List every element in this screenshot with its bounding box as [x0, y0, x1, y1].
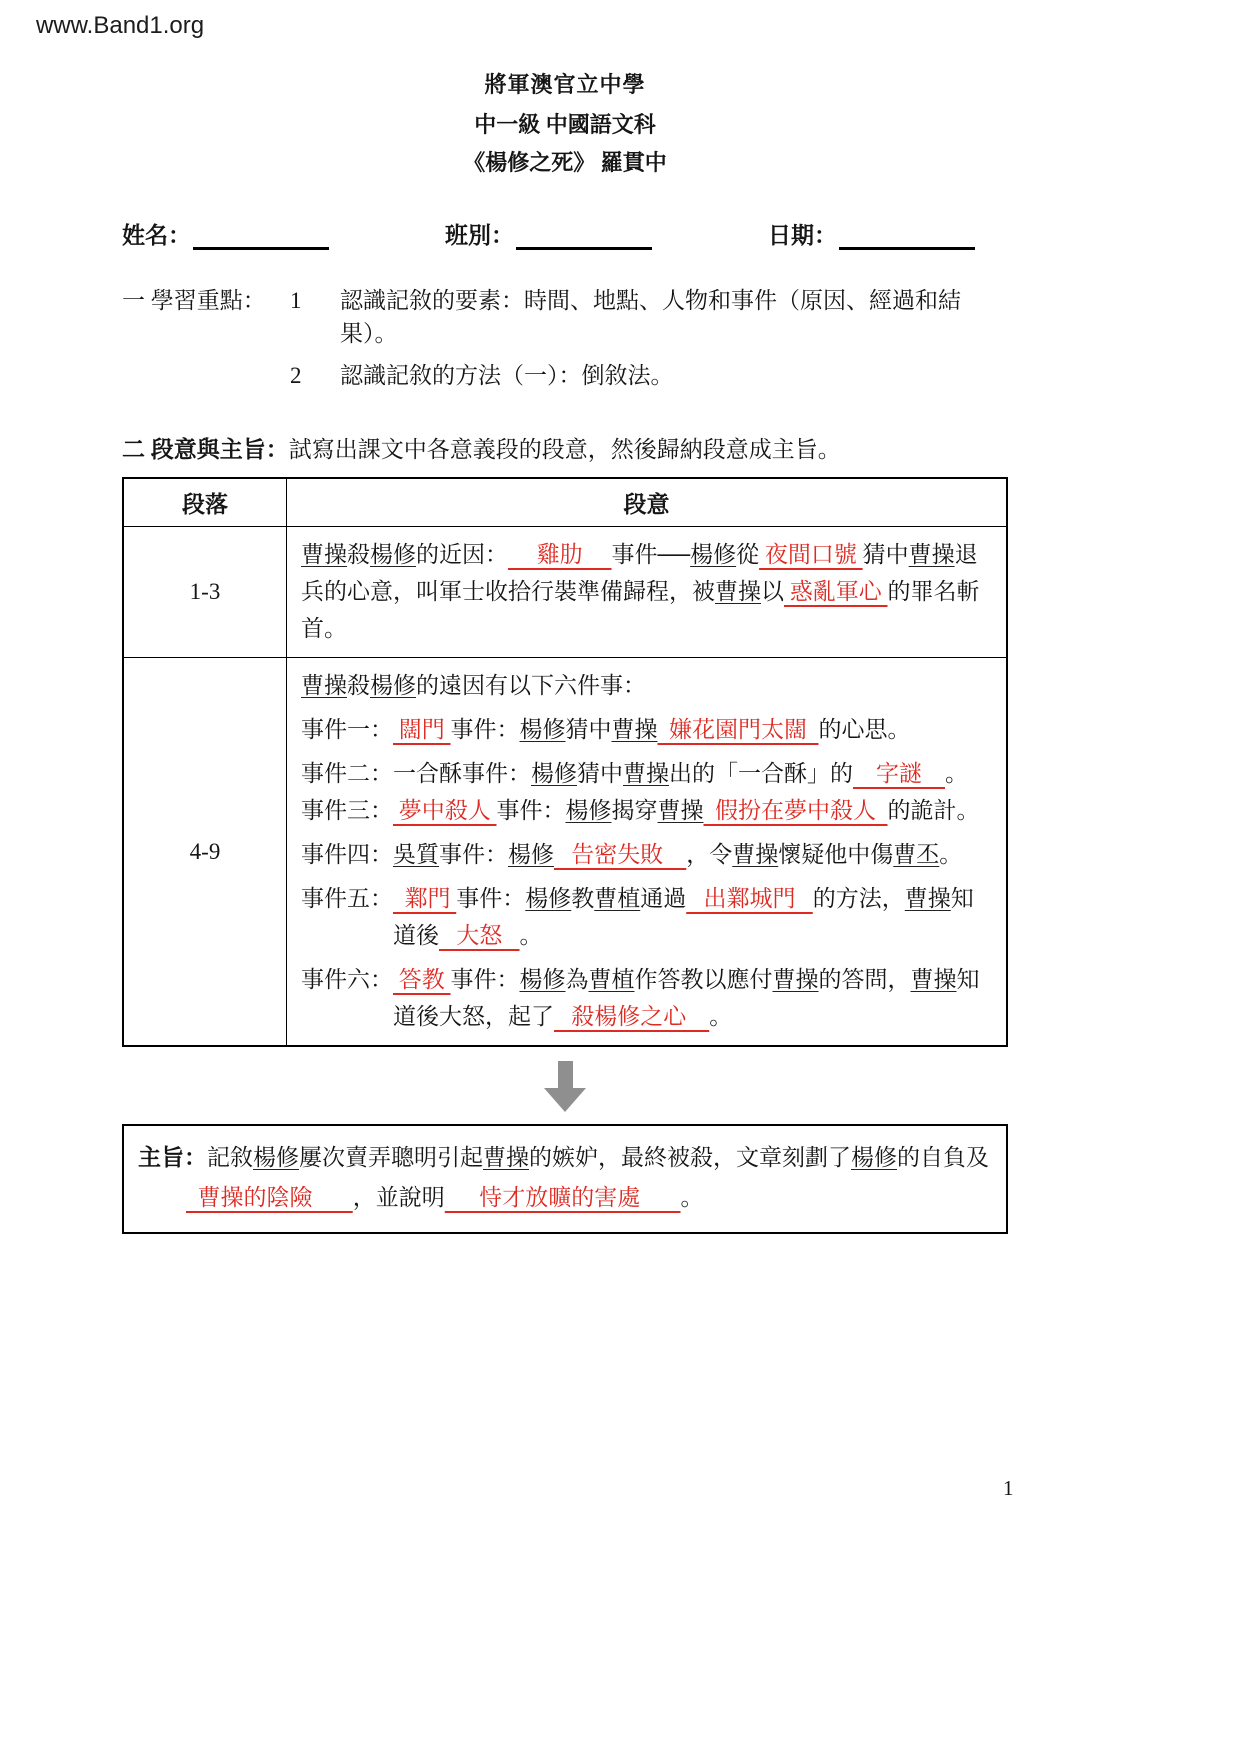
text-segment: 為 — [566, 967, 589, 992]
text-segment: 的方法， — [813, 886, 905, 911]
text-segment: 教 — [571, 886, 594, 911]
text-segment: 。 — [520, 923, 543, 948]
text-segment: 首。 — [301, 616, 347, 641]
answer-blank: 恃才放曠的害處 — [445, 1185, 681, 1210]
text-segment: 。 — [709, 1004, 732, 1029]
section2-label: 二 段意與主旨： — [122, 437, 289, 462]
answer-blank: 闊門 — [393, 717, 451, 742]
class-label: 班別： — [445, 217, 514, 250]
title-block: 將軍澳官立中學 中一級 中國語文科 《楊修之死》 羅貫中 — [122, 0, 1008, 177]
down-arrow-icon — [544, 1088, 586, 1112]
summary-arrow — [122, 1061, 1008, 1112]
text-segment: 通過 — [640, 886, 686, 911]
name-field: 姓名： — [122, 217, 329, 250]
text-segment: 的自負及 — [897, 1145, 989, 1170]
answer-blank: 惑亂軍心 — [784, 579, 888, 604]
text-segment: 猜中 — [863, 542, 909, 567]
text-line: 事件四：吳質事件：楊修 告密失敗 ，令曹操懷疑他中傷曹丕。 — [301, 836, 993, 873]
answer-blank: 出鄴城門 — [686, 886, 813, 911]
text-segment: 事件： — [497, 798, 566, 823]
proper-noun: 楊修 — [525, 886, 571, 911]
text-segment: 的答問， — [819, 967, 911, 992]
text-segment: 事件二：一合酥事件： — [301, 761, 531, 786]
list-item-text: 認識記敘的要素：時間、地點、人物和事件（原因、經過和結果）。 — [340, 284, 1008, 350]
answer-blank: 曹操的陰險 — [186, 1185, 353, 1210]
column-header-paragraph: 段落 — [123, 478, 287, 527]
text-segment: 的遠因有以下六件事： — [416, 673, 646, 698]
text-line: 事件三： 夢中殺人 事件：楊修揭穿曹操 假扮在夢中殺人 的詭計。 — [301, 792, 993, 829]
text-line: 事件五： 鄴門 事件：楊修教曹植通過 出鄴城門 的方法，曹操知 — [301, 880, 993, 917]
text-segment: 記敘 — [207, 1145, 253, 1170]
paragraph-meaning: 曹操殺楊修的遠因有以下六件事：事件一： 闊門 事件：楊修猜中曹操 嫌花園門太闊 … — [287, 658, 1008, 1047]
text-segment: 的心思。 — [819, 717, 911, 742]
text-segment: 屢次賣弄聰明引起 — [299, 1145, 483, 1170]
text-line: 曹操的陰險 ，並說明 恃才放曠的害處 。 — [138, 1178, 992, 1218]
text-segment: 。 — [939, 842, 962, 867]
answer-blank: 答教 — [393, 967, 451, 992]
answer-blank: 雞肋 — [508, 542, 612, 567]
text-segment: 殺 — [347, 673, 370, 698]
list-item-text: 認識記敘的方法（一）：倒敘法。 — [340, 359, 1008, 392]
lesson-title: 《楊修之死》 羅貫中 — [122, 146, 1008, 177]
text-segment: 。 — [945, 761, 968, 786]
answer-blank: 告密失敗 — [554, 842, 686, 867]
text-segment: 道後大怒，起了 — [393, 1004, 554, 1029]
text-line: 事件一： 闊門 事件：楊修猜中曹操 嫌花園門太闊 的心思。 — [301, 711, 993, 748]
proper-noun: 曹操 — [732, 842, 778, 867]
proper-noun: 曹丕 — [893, 842, 939, 867]
text-segment: 揭穿 — [612, 798, 658, 823]
text-segment: 事件： — [451, 967, 520, 992]
text-line: 首。 — [301, 610, 993, 647]
learning-points-list: 1 認識記敘的要素：時間、地點、人物和事件（原因、經過和結果）。 2 認識記敘的… — [290, 284, 1008, 401]
text-segment: 主旨： — [138, 1145, 207, 1170]
text-segment: 懷疑他中傷 — [778, 842, 893, 867]
text-line: 曹操殺楊修的遠因有以下六件事： — [301, 667, 993, 704]
proper-noun: 楊修 — [520, 717, 566, 742]
proper-noun: 吳質 — [393, 842, 439, 867]
list-item-number: 1 — [290, 284, 340, 350]
proper-noun: 楊修 — [370, 673, 416, 698]
text-segment: 知 — [951, 886, 974, 911]
proper-noun: 楊修 — [253, 1145, 299, 1170]
text-segment: 事件： — [451, 717, 520, 742]
text-segment: 事件： — [439, 842, 508, 867]
date-blank-line — [839, 221, 975, 250]
proper-noun: 楊修 — [520, 967, 566, 992]
text-segment: 。 — [681, 1185, 704, 1210]
text-segment: ，並說明 — [353, 1185, 445, 1210]
main-idea-box: 主旨：記敘楊修屢次賣弄聰明引起曹操的嫉妒，最終被殺，文章刻劃了楊修的自負及 曹操… — [122, 1124, 1008, 1234]
section2-heading: 二 段意與主旨：試寫出課文中各意義段的段意，然後歸納段意成主旨。 — [122, 431, 1008, 464]
proper-noun: 曹植 — [589, 967, 635, 992]
proper-noun: 曹操 — [301, 542, 347, 567]
text-line: 道後大怒，起了 殺楊修之心 。 — [301, 998, 993, 1035]
text-segment: 事件一： — [301, 717, 393, 742]
text-segment: 退 — [955, 542, 978, 567]
proper-noun: 曹操 — [715, 579, 761, 604]
grade-subject: 中一級 中國語文科 — [122, 108, 1008, 139]
proper-noun: 曹植 — [594, 886, 640, 911]
table-header-row: 段落 段意 — [123, 478, 1007, 527]
text-segment: 猜中 — [566, 717, 612, 742]
text-segment: 的嫉妒，最終被殺，文章刻劃了 — [529, 1145, 851, 1170]
learning-points-section: 一 學習重點： 1 認識記敘的要素：時間、地點、人物和事件（原因、經過和結果）。… — [122, 284, 1008, 401]
proper-noun: 曹操 — [773, 967, 819, 992]
text-segment: 的罪名斬 — [888, 579, 980, 604]
page-number: 1 — [1003, 1476, 1014, 1501]
answer-blank: 鄴門 — [393, 886, 456, 911]
text-segment: 兵的心意，叫軍士收拾行裝準備歸程，被 — [301, 579, 715, 604]
paragraph-meaning-table: 段落 段意 1-3 曹操殺楊修的近因： 雞肋 事件──楊修從 夜間口號 猜中曹操… — [122, 477, 1008, 1047]
text-segment: 從 — [736, 542, 759, 567]
proper-noun: 楊修 — [531, 761, 577, 786]
date-label: 日期： — [768, 217, 837, 250]
proper-noun: 楊修 — [690, 542, 736, 567]
text-segment: 的詭計。 — [888, 798, 980, 823]
proper-noun: 曹操 — [612, 717, 658, 742]
text-segment: 事件六： — [301, 967, 393, 992]
text-segment: 事件三： — [301, 798, 393, 823]
answer-blank: 大怒 — [439, 923, 520, 948]
text-segment: 以 — [761, 579, 784, 604]
table-row: 1-3 曹操殺楊修的近因： 雞肋 事件──楊修從 夜間口號 猜中曹操退兵的心意，… — [123, 527, 1007, 658]
answer-blank: 嫌花園門太闊 — [658, 717, 819, 742]
list-item-number: 2 — [290, 359, 340, 392]
proper-noun: 曹操 — [658, 798, 704, 823]
class-blank-line — [516, 221, 652, 250]
name-blank-line — [193, 221, 329, 250]
proper-noun: 曹操 — [483, 1145, 529, 1170]
learning-points-label: 一 學習重點： — [122, 284, 290, 401]
text-line: 曹操殺楊修的近因： 雞肋 事件──楊修從 夜間口號 猜中曹操退 — [301, 536, 993, 573]
class-field: 班別： — [445, 217, 652, 250]
text-segment: 事件： — [456, 886, 525, 911]
info-row: 姓名： 班別： 日期： — [122, 217, 1008, 250]
answer-blank: 假扮在夢中殺人 — [704, 798, 888, 823]
text-segment: 的近因： — [416, 542, 508, 567]
list-item: 1 認識記敘的要素：時間、地點、人物和事件（原因、經過和結果）。 — [290, 284, 1008, 350]
column-header-meaning: 段意 — [287, 478, 1008, 527]
school-name: 將軍澳官立中學 — [122, 68, 1008, 99]
text-segment: 道後 — [393, 923, 439, 948]
name-label: 姓名： — [122, 217, 191, 250]
text-segment: 作答教以應付 — [635, 967, 773, 992]
watermark: www.Band1.org — [36, 12, 204, 40]
text-segment: ，令 — [686, 842, 732, 867]
answer-blank: 字謎 — [853, 761, 945, 786]
text-segment: 事件四： — [301, 842, 393, 867]
text-line: 事件六： 答教 事件：楊修為曹植作答教以應付曹操的答問，曹操知 — [301, 961, 993, 998]
text-segment: 殺 — [347, 542, 370, 567]
table-row: 4-9 曹操殺楊修的遠因有以下六件事：事件一： 闊門 事件：楊修猜中曹操 嫌花園… — [123, 658, 1007, 1047]
proper-noun: 曹操 — [911, 967, 957, 992]
proper-noun: 曹操 — [301, 673, 347, 698]
proper-noun: 楊修 — [566, 798, 612, 823]
list-item: 2 認識記敘的方法（一）：倒敘法。 — [290, 359, 1008, 392]
proper-noun: 楊修 — [851, 1145, 897, 1170]
paragraph-range: 1-3 — [123, 527, 287, 658]
proper-noun: 曹操 — [905, 886, 951, 911]
section2-instruction: 試寫出課文中各意義段的段意，然後歸納段意成主旨。 — [289, 437, 841, 462]
proper-noun: 楊修 — [508, 842, 554, 867]
paragraph-range: 4-9 — [123, 658, 287, 1047]
text-segment: 出的「一合酥」的 — [669, 761, 853, 786]
text-line: 主旨：記敘楊修屢次賣弄聰明引起曹操的嫉妒，最終被殺，文章刻劃了楊修的自負及 — [138, 1138, 992, 1178]
date-field: 日期： — [768, 217, 975, 250]
paragraph-meaning: 曹操殺楊修的近因： 雞肋 事件──楊修從 夜間口號 猜中曹操退兵的心意，叫軍士收… — [287, 527, 1008, 658]
proper-noun: 楊修 — [370, 542, 416, 567]
answer-blank: 殺楊修之心 — [554, 1004, 709, 1029]
text-line: 事件二：一合酥事件：楊修猜中曹操出的「一合酥」的 字謎 。 — [301, 755, 993, 792]
text-segment: 事件五： — [301, 886, 393, 911]
down-arrow-icon — [558, 1061, 573, 1088]
text-line: 兵的心意，叫軍士收拾行裝準備歸程，被曹操以 惑亂軍心 的罪名斬 — [301, 573, 993, 610]
text-segment: 知 — [957, 967, 980, 992]
text-segment: 事件── — [612, 542, 691, 567]
answer-blank: 夢中殺人 — [393, 798, 497, 823]
text-line: 道後 大怒 。 — [301, 917, 993, 954]
text-segment: 猜中 — [577, 761, 623, 786]
worksheet: 將軍澳官立中學 中一級 中國語文科 《楊修之死》 羅貫中 姓名： 班別： 日期：… — [122, 0, 1008, 1234]
proper-noun: 曹操 — [623, 761, 669, 786]
proper-noun: 曹操 — [909, 542, 955, 567]
answer-blank: 夜間口號 — [759, 542, 863, 567]
